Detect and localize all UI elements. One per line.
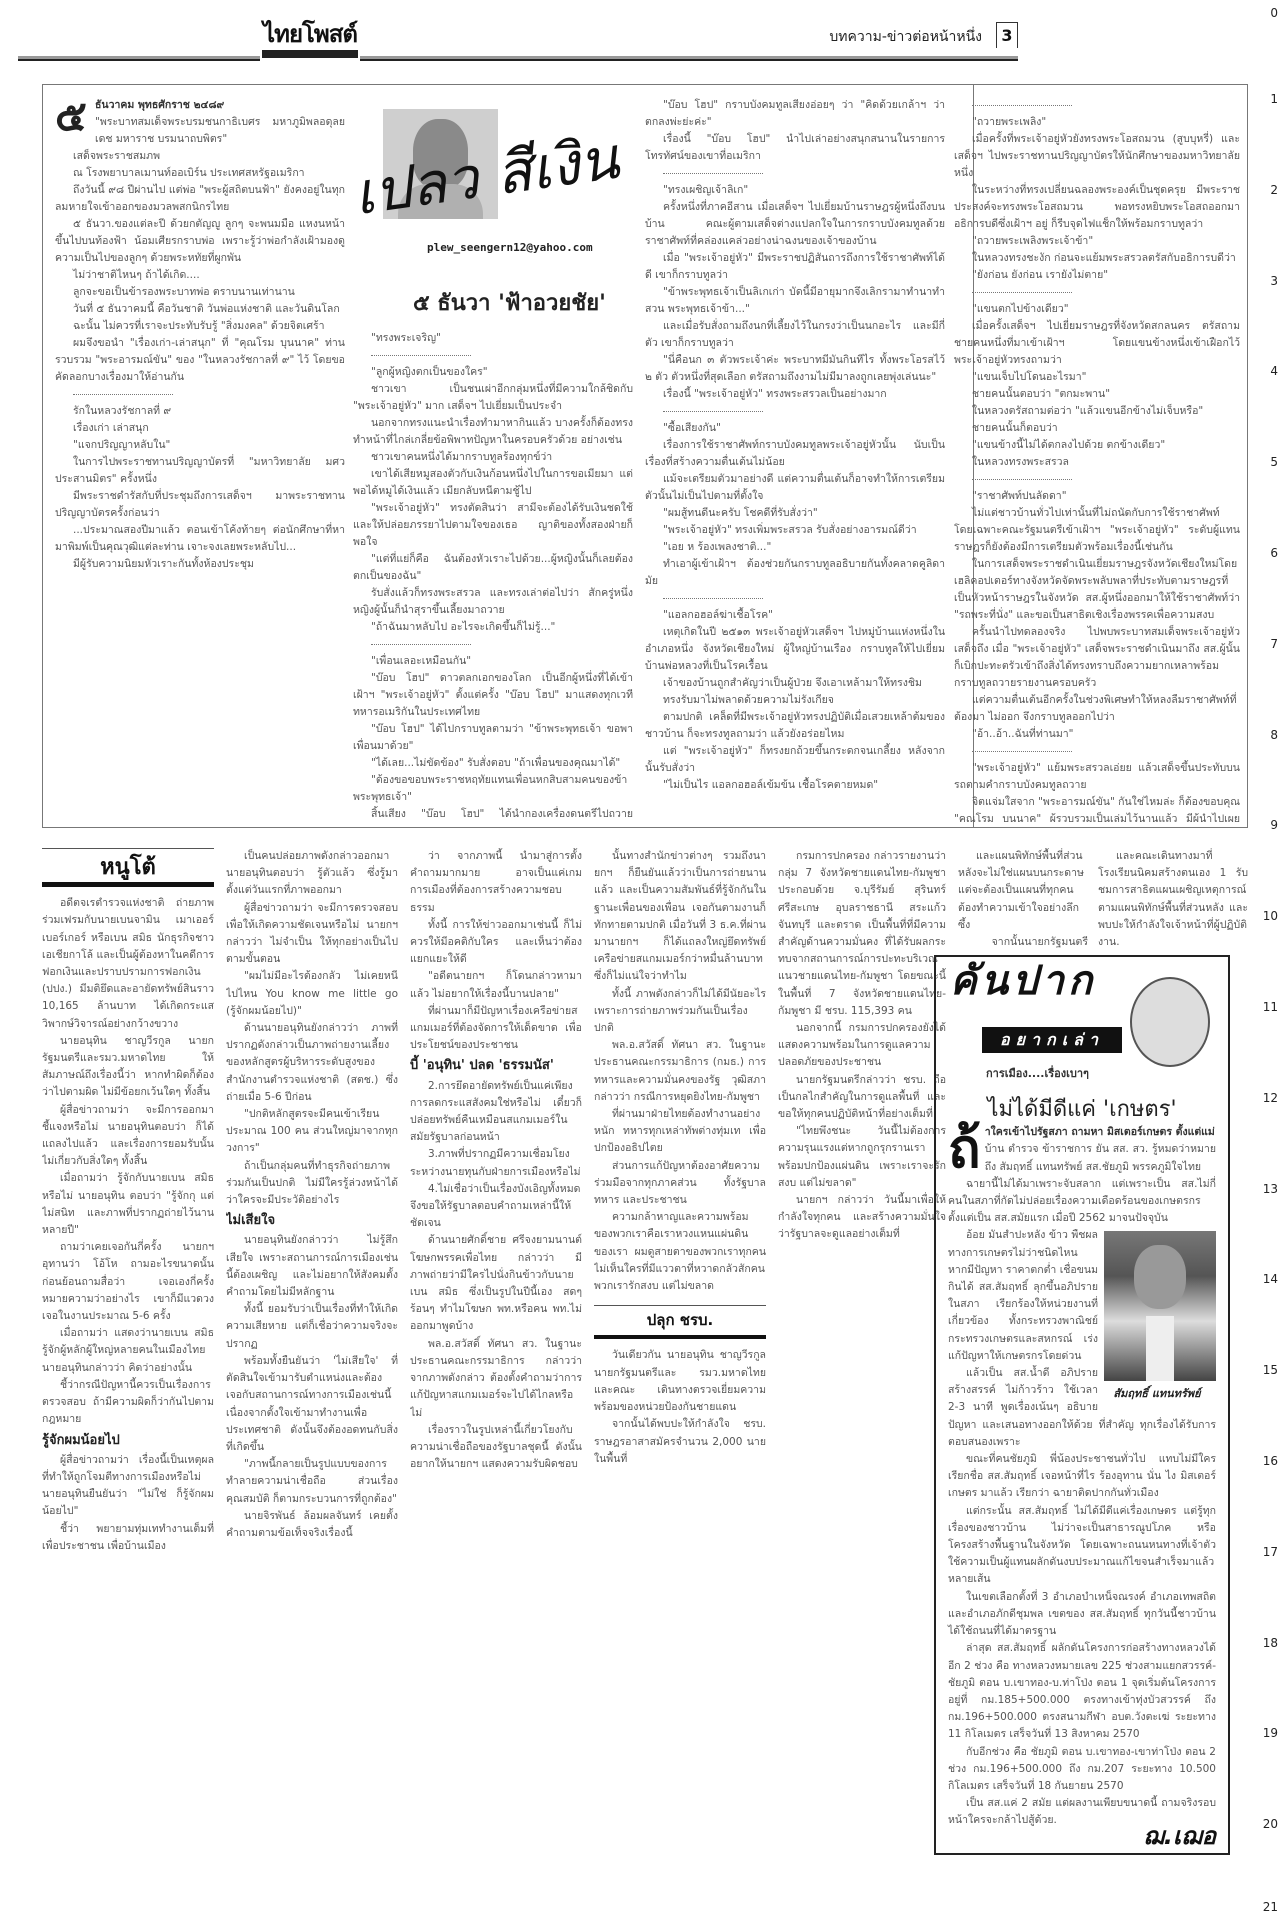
paragraph: พร้อมทั้งยืนยันว่า 'ไม่เสียใจ' ที่ตัดสิน…: [226, 1353, 398, 1456]
divider: [73, 394, 173, 395]
divider: [972, 105, 1072, 106]
feature-column-4: "ถวายพระเพลิง" เมื่อครั้งที่พระเจ้าอยู่ห…: [954, 97, 1240, 822]
column-c: ว่า จากภาพนี้ นำมาสู่การตั้งคำถามมากมาย …: [410, 848, 582, 1908]
paragraph: ในการเสด็จพระราชดำเนินเยี่ยมราษฎรจังหวัด…: [954, 556, 1240, 624]
paragraph: เป็นคนปล่อยภาพดังกล่าวออกมา นายอนุทินตอบ…: [226, 848, 398, 900]
ruler-mark: 7: [1270, 637, 1278, 651]
paragraph: อดีตจเรตำรวจแห่งชาติ ถ่ายภาพร่วมเฟรมกับน…: [42, 895, 214, 1033]
paragraph: "ไทยพึงชนะ วันนี้ไม่ต้องการความรุนแรงแต่…: [778, 1123, 946, 1192]
ruler-mark: 21: [1263, 1900, 1278, 1914]
gossip-headline: ไม่ได้มีดีแค่ 'เกษตร': [948, 1101, 1216, 1118]
divider: [663, 411, 763, 412]
paragraph: เสด็จพระราชสมภพ: [55, 148, 345, 165]
paragraph: "พระบาทสมเด็จพระบรมชนกาธิเบศร มหาภูมิพลอ…: [95, 114, 345, 148]
ruler-mark: 11: [1263, 1000, 1278, 1014]
paragraph: ถ้าเป็นกลุ่มคนที่ทำธุรกิจถ่ายภาพร่วมกันเ…: [226, 1158, 398, 1210]
paragraph: เมื่อครั้งเสด็จฯ ไปเยี่ยมราษฎรที่จังหวัด…: [954, 318, 1240, 369]
feature-article-box: ๕ ธันวาคม พุทธศักราช ๒๔๘๙ "พระบาทสมเด็จพ…: [42, 84, 974, 828]
logo-underbar: [262, 50, 358, 58]
column-nuto: หนูโต้ อดีตจเรตำรวจแห่งชาติ ถ่ายภาพร่วมเ…: [42, 848, 214, 1908]
paragraph: "ทรงเผชิญเจ้าลิเก": [645, 182, 945, 199]
paragraph: "อ้า..อ้า..ฉันที่ท่านมา": [954, 726, 1240, 743]
paragraph: ตามปกติ เคล็ดที่มีพระเจ้าอยู่หัวทรงปฏิบั…: [645, 709, 945, 743]
gossip-column-box: คันปาก อยากเล่า การเมือง....เรื่องเบาๆ ไ…: [934, 955, 1230, 1855]
paragraph: ว่า จากภาพนี้ นำมาสู่การตั้งคำถามมากมาย …: [410, 848, 582, 917]
paragraph: ในระหว่างที่ทรงเปลี่ยนฉลองพระองค์เป็นชุด…: [954, 182, 1240, 233]
page-ruler: 0 1 2 3 4 5 6 7 8 9 10 11 12 13 14 15 16…: [1258, 0, 1278, 1920]
paragraph: รับสั่งแล้วก็ทรงพระสรวล และทรงเล่าต่อไปว…: [353, 585, 633, 619]
paragraph: "เอย ห ร้องเพลงชาติ...": [645, 539, 945, 556]
ruler-mark: 14: [1263, 1272, 1278, 1286]
dateline: ๕ ธันวาคม พุทธศักราช ๒๔๘๙ "พระบาทสมเด็จพ…: [55, 97, 345, 148]
paragraph: "ถวายพระเพลิงพระเจ้าข้า": [954, 233, 1240, 250]
ruler-mark: 9: [1270, 818, 1278, 832]
paragraph: ครั้นนำไปทดลองจริง ไปพบพระบาทสมเด็จพระเจ…: [954, 624, 1240, 692]
gossip-logo: คันปาก อยากเล่า การเมือง....เรื่องเบาๆ: [948, 967, 1216, 1097]
paragraph: ณ โรงพยาบาลเมานท์ออเบิร์น ประเทศสหรัฐอเม…: [55, 165, 345, 182]
paragraph: สิ้นเสียง "บ๊อบ โฮป" ได้นำกองเครื่องดนตร…: [353, 806, 633, 820]
paragraph: วันที่ ๕ ธันวาคมนี้ คือวันชาติ วันพ่อแห่…: [55, 301, 345, 318]
feature-column-3: "บ๊อบ โฮป" กราบบังคมทูลเสียงอ่อยๆ ว่า "ค…: [645, 97, 945, 822]
paragraph: ในหลวงทรงพระสรวล: [954, 454, 1240, 471]
paragraph: "ไม่เป็นไร แอลกอฮอล์เข้มข้น เชื้อโรคตายห…: [645, 777, 945, 794]
ruler-mark: 15: [1263, 1363, 1278, 1377]
paragraph: เรื่องการใช้ราชาศัพท์กราบบังคมทูลพระเจ้า…: [645, 437, 945, 471]
paragraph: ทั้งนี้ ภาพดังกล่าวก็ไม่ได้มีนัยอะไร เพร…: [594, 986, 766, 1038]
paragraph: "บ๊อบ โฮป" ได้ไปกราบทูลตามว่า "ข้าพระพุท…: [353, 721, 633, 755]
paragraph: กับอีกช่วง คือ ชัยภูมิ ตอน บ.เขาทอง-เขาท…: [948, 1744, 1216, 1796]
paragraph: พล.อ.สวัสดิ์ ทัศนา สว. ในฐานะประธานคณะกร…: [410, 1336, 582, 1422]
paragraph: ในการไปพระราชทานปริญญาบัตรที่ "มหาวิทยาล…: [55, 454, 345, 488]
paragraph: เรื่องนี้ "บ๊อบ โฮป" นำไปเล่าอย่างสนุกสน…: [645, 131, 945, 165]
paragraph: ทรงรับมาไม่พลาดด้วยความไม่รังเกียจ: [645, 692, 945, 709]
paragraph: "ถวายพระเพลิง": [954, 114, 1240, 131]
paragraph: เรื่องราวในรูปเหล่านี้เกี่ยวโยงกับความน่…: [410, 1422, 582, 1474]
paragraph: ในเขตเลือกตั้งที่ 3 อำเภอบำเหน็จณรงค์ อำ…: [948, 1589, 1216, 1641]
ruler-mark: 19: [1263, 1726, 1278, 1740]
feature-column-1: ๕ ธันวาคม พุทธศักราช ๒๔๘๙ "พระบาทสมเด็จพ…: [55, 97, 345, 822]
subheading: รู้จักผมน้อยไป: [42, 1432, 214, 1449]
ruler-mark: 1: [1270, 92, 1278, 106]
columnist-header: เปลว สีเงิน plew_seengern12@yahoo.com: [353, 89, 633, 279]
paragraph: ความกล้าหาญและความพร้อมของพวกเราคือเราหว…: [594, 1209, 766, 1295]
paragraph: "ลูกผู้หญิงตกเป็นของใคร": [353, 364, 633, 381]
gossip-lead: าใครเข้าไปรัฐสภา ถามหา มิสเตอร์เกษตร ตั้…: [948, 1124, 1216, 1141]
divider: [972, 751, 1072, 752]
paragraph: 3.ภาพที่ปรากฏมีความเชื่อมโยงระหว่างนายทุ…: [410, 1146, 582, 1180]
paragraph: แต่กระนั้น สส.สัมฤทธิ์ ไม่ได้มีดีแค่เรื่…: [948, 1503, 1216, 1589]
divider: [663, 598, 763, 599]
paragraph: นายอนุทิน ชาญวีรกูล นายกรัฐมนตรีและรมว.ม…: [42, 1033, 214, 1102]
paragraph: "เพื่อนเลอะเหมือนกัน": [353, 653, 633, 670]
section-label: บทความ-ข่าวต่อหน้าหนึ่ง: [829, 26, 982, 48]
photo-shirt: [1146, 1316, 1174, 1381]
paragraph: เหตุเกิดในปี ๒๕๑๓ พระเจ้าอยู่หัวเสด็จฯ ไ…: [645, 624, 945, 675]
divider: [663, 173, 763, 174]
ruler-mark: 12: [1263, 1091, 1278, 1105]
paragraph: "ผมสู้ทนดีนะครับ โชคดีที่รับสั่งว่า": [645, 505, 945, 522]
paragraph: ทั้งนี้ ยอมรับว่าเป็นเรื่องที่ทำให้เกิดค…: [226, 1301, 398, 1353]
paragraph: ล่าสุด สส.สัมฤทธิ์ ผลักดันโครงการก่อสร้า…: [948, 1640, 1216, 1743]
paragraph: ในหลวงทรงชะงัก ก่อนจะแย้มพระสรวลตรัสกับอ…: [954, 250, 1240, 267]
paragraph: แต่ "พระเจ้าอยู่หัว" ก็ทรงยกถ้วยขึ้นกระด…: [645, 743, 945, 777]
paragraph: เจ้าของบ้านถูกสำคัญว่าเป็นผู้ป่วย จึงเอา…: [645, 675, 945, 692]
column-b: เป็นคนปล่อยภาพดังกล่าวออกมา นายอนุทินตอบ…: [226, 848, 398, 1908]
paragraph: รักในหลวงรัชกาลที่ ๙: [55, 403, 345, 420]
newspaper-logo: ไทยโพสต์: [260, 20, 360, 62]
paragraph: เรื่องนี้ "พระเจ้าอยู่หัว" ทรงพระสรวลเป็…: [645, 386, 945, 403]
paragraph: ไม่แต่ชาวบ้านทั่วไปเท่านั้นที่ไม่ถนัดกับ…: [954, 505, 1240, 556]
paragraph: และเมื่อรับสั่งถามถึงนกที่เลี้ยงไว้ในกรง…: [645, 318, 945, 352]
paragraph: ถามว่าเคยเจอกันกี่ครั้ง นายกฯ อุทานว่า โ…: [42, 1239, 214, 1325]
divider: [972, 292, 1072, 293]
paragraph: เมื่อถามว่า แสดงว่านายเบน สมิธ รู้จักผู้…: [42, 1325, 214, 1377]
paragraph: ผู้สื่อข่าวถามว่า จะมีการออกมาชี้แจงหรือ…: [42, 1102, 214, 1171]
subheading: บี้ 'อนุทิน' ปลด 'ธรรมนัส': [410, 1057, 582, 1074]
paragraph: นายกฯ กล่าวว่า วันนี้มาเพื่อให้กำลังใจทุ…: [778, 1192, 946, 1244]
ruler-mark: 10: [1263, 909, 1278, 923]
paragraph: ด้านนายอนุทินยังกล่าวว่า ภาพที่ปรากฏดังก…: [226, 1020, 398, 1106]
paragraph: "แขนเจ็บไปโดนอะไรมา": [954, 369, 1240, 386]
paragraph: ลูกจะขอเป็นข้ารองพระบาทพ่อ ตราบนานเท่านา…: [55, 284, 345, 301]
paragraph: "แขนตกไปข้างเดียว": [954, 301, 1240, 318]
paragraph: "นี่คือนก ๓ ตัวพระเจ้าค่ะ พระบาทมีมันกิน…: [645, 352, 945, 386]
paragraph: ...ประมาณสองปีมาแล้ว ตอนเข้าโค้งท้ายๆ ต่…: [55, 522, 345, 556]
paragraph: เรื่องเก่า เล่าสนุก: [55, 420, 345, 437]
paragraph: "ยังก่อน ยังก่อน เรายังไม่ตาย": [954, 267, 1240, 284]
columnist-email[interactable]: plew_seengern12@yahoo.com: [427, 241, 593, 254]
column-e: กรมการปกครอง กล่าวรายงานว่า กลุ่ม 7 จังห…: [778, 848, 946, 1908]
section-heading: ปลุก ชรบ.: [594, 1305, 766, 1339]
paragraph: ที่ผ่านมาก็มีปัญหาเรื่องเครือข่ายสแกมเมอ…: [410, 1003, 582, 1055]
paragraph: "ถ้าฉันมาหลับไป อะไรจะเกิดขึ้นก็ไม่รู้..…: [353, 619, 633, 636]
dropcap: ๕: [55, 97, 87, 137]
paragraph: จากนั้นนายกรัฐมนตรี: [958, 934, 1088, 948]
paragraph: ส่วนการแก้ปัญหาต้องอาศัยความร่วมมือจากทุ…: [594, 1158, 766, 1210]
paragraph: และคณะเดินทางมาที่โรงเรียนนิคมสร้างตนเอง…: [1098, 848, 1248, 948]
ruler-mark: 20: [1263, 1817, 1278, 1831]
ruler-mark: 2: [1270, 183, 1278, 197]
paragraph: ชี้ว่า พยายามทุ่มเททำงานเต็มที่ เพื่อประ…: [42, 1521, 214, 1555]
paragraph: นายอนุทินยังกล่าวว่า ไม่รู้สึกเสียใจ เพร…: [226, 1232, 398, 1301]
column-d: นั้นทางสำนักข่าวต่างๆ รวมถึงนายกฯ ก็ยืนย…: [594, 848, 766, 1908]
paragraph: นอกจากทรงแนะนำเรื่องทำมาหากินแล้ว บางครั…: [353, 415, 633, 449]
gossip-logo-main: คันปาก: [950, 973, 1096, 990]
paragraph: "พระเจ้าอยู่หัว" ทรงตัดสินว่า สามีจะต้อง…: [353, 500, 633, 551]
ruler-mark: 17: [1263, 1545, 1278, 1559]
paragraph: ด้านนายศักดิ์ชาย ศรีจงยามนานต์ โฆษกพรรคเ…: [410, 1232, 582, 1335]
ruler-mark: 5: [1270, 455, 1278, 469]
column-f-right: และคณะเดินทางมาที่โรงเรียนนิคมสร้างตนเอง…: [1098, 848, 1248, 948]
paragraph: วันเดียวกัน นายอนุทิน ชาญวีรกูล นายกรัฐม…: [594, 1347, 766, 1416]
masthead-rule: [18, 56, 1018, 61]
paragraph: แม้จะเตรียมตัวมาอย่างดี แต่ความตื่นเต้นก…: [645, 471, 945, 505]
paragraph: ผู้สื่อข่าวถามว่า เรื่องนี้เป็นเหตุผลที่…: [42, 1452, 214, 1521]
paragraph: "ต้องขอขอบพระราชหฤทัยแทนเพื่อนหกสิบสามคน…: [353, 772, 633, 806]
paragraph: ผมจึงขอนำ "เรื่องเก่า-เล่าสนุก" ที่ "คุณ…: [55, 335, 345, 386]
paragraph: นั้นทางสำนักข่าวต่างๆ รวมถึงนายกฯ ก็ยืนย…: [594, 848, 766, 986]
divider: [371, 355, 471, 356]
paragraph: เมื่อ "พระเจ้าอยู่หัว" มีพระราชปฏิสันถาร…: [645, 250, 945, 284]
paragraph: "แจกปริญญาหลับใน": [55, 437, 345, 454]
paragraph: "ทรงพระเจริญ": [353, 330, 633, 347]
paragraph: กรมการปกครอง กล่าวรายงานว่า กลุ่ม 7 จังห…: [778, 848, 946, 1020]
paragraph: ทำเอาผู้เข้าเฝ้าฯ ต้องช่วยกันกราบทูลอธิบ…: [645, 556, 945, 590]
paragraph: มีพระราชดำรัสกับที่ประชุมถึงการเสด็จฯ มา…: [55, 488, 345, 522]
photo-head: [1134, 1245, 1186, 1309]
paragraph: "แต่ที่แย่ก็คือ ฉันต้องหัวเราะไปด้วย...ผ…: [353, 551, 633, 585]
paragraph: นอกจากนี้ กรมการปกครองยังได้แสดงความพร้อ…: [778, 1020, 946, 1072]
page-number: 3: [996, 22, 1018, 48]
paragraph: เมื่อถามว่า รู้จักกับนายเบน สมิธ หรือไม่…: [42, 1170, 214, 1239]
cartoon-mascot-icon: [1130, 977, 1210, 1067]
paragraph: เขาได้เสียหมูสองตัวกับเงินก้อนหนึ่งไปในก…: [353, 466, 633, 500]
paragraph: "พระเจ้าอยู่หัว" ทรงเพิ่มพระสรวล รับสั่ง…: [645, 522, 945, 539]
paragraph: ไม่ว่าชาติไหนๆ ถ้าได้เกิด....: [55, 267, 345, 284]
ruler-mark: 8: [1270, 728, 1278, 742]
paragraph: "บ๊อบ โฮป" กราบบังคมทูลเสียงอ่อยๆ ว่า "ค…: [645, 97, 945, 131]
paragraph: ชายคนนั้นตอบว่า "ตกมะพาน": [954, 386, 1240, 403]
gossip-logo-bar: อยากเล่า: [982, 1027, 1122, 1053]
column-f-left: และแผนพิทักษ์พื้นที่ส่วนหลังจะไม่ใช่แผนบ…: [958, 848, 1088, 948]
paragraph: "อดีตนายกฯ ก็โดนกล่าวหามาแล้ว ไม่อยากให้…: [410, 968, 582, 1002]
feature-headline: ๕ ธันวา 'ฟ้าอวยชัย': [413, 285, 606, 320]
mp-photo: [1104, 1231, 1216, 1381]
paragraph: "ได้เลย...ไม่ขัดข้อง" รับสั่งตอบ "ถ้าเพื…: [353, 755, 633, 772]
paragraph: "ราชาศัพท์ปนลัดดา": [954, 488, 1240, 505]
masthead: ไทยโพสต์ บทความ-ข่าวต่อหน้าหนึ่ง 3: [18, 20, 1018, 62]
photo-caption: สัมฤทธิ์ แทนทรัพย์: [1098, 1385, 1216, 1402]
newspaper-page: ไทยโพสต์ บทความ-ข่าวต่อหน้าหนึ่ง 3 0 1 2…: [0, 0, 1286, 1920]
feature-column-2: "ทรงพระเจริญ" "ลูกผู้หญิงตกเป็นของใคร" ช…: [353, 330, 633, 820]
paragraph: ที่ผ่านมาฝ่ายไทยต้องทำงานอย่างหนัก ทหารท…: [594, 1106, 766, 1158]
paragraph: "แขนข้างนี้ไม่ได้ตกลงไปด้วย ตกข้างเดียว": [954, 437, 1240, 454]
logo-text: ไทยโพสต์: [260, 20, 360, 50]
paragraph: ชาวเขาคนหนึ่งได้มากราบทูลร้องทุกข์ว่า: [353, 449, 633, 466]
ruler-mark: 13: [1263, 1182, 1278, 1196]
ruler-mark: 6: [1270, 546, 1278, 560]
paragraph: และแผนพิทักษ์พื้นที่ส่วนหลังจะไม่ใช่แผนบ…: [958, 848, 1088, 934]
gossip-dropcap: ถ้: [948, 1124, 981, 1174]
divider: [371, 644, 471, 645]
gossip-byline: ฌ.เฌอ: [1143, 1828, 1216, 1845]
ruler-mark: 0: [1270, 6, 1278, 20]
paragraph: "บ๊อบ โฮป" ดาวตลกเอกของโลก เป็นอีกผู้หนึ…: [353, 670, 633, 721]
paragraph: ทั้งนี้ การให้ข่าวออกมาเช่นนี้ ก็ไม่ควรใ…: [410, 917, 582, 969]
ruler-mark: 4: [1270, 364, 1278, 378]
paragraph: ถึงวันนี้ ๙๘ ปีผ่านไป แต่พ่อ "พระผู้สถิต…: [55, 182, 345, 216]
paragraph: ขณะที่คนชัยภูมิ พี่น้องประชาชนทั่วไป แทบ…: [948, 1451, 1216, 1503]
paragraph: พล.อ.สวัสดิ์ ทัศนา สว. ในฐานะประธานคณะกร…: [594, 1037, 766, 1106]
paragraph: 2.การยึดอายัดทรัพย์เป็นแค่เพียงการลดกระแ…: [410, 1078, 582, 1147]
paragraph: นายกรัฐมนตรีกล่าวว่า ชรบ. ถือเป็นกลไกสำค…: [778, 1072, 946, 1124]
paragraph: "แอลกอฮอล์ฆ่าเชื้อโรค": [645, 607, 945, 624]
paragraph: ชี้ว่ากรณีปัญหานี้ควรเป็นเรื่องการตรวจสอ…: [42, 1377, 214, 1429]
subheading: ไม่เสียใจ: [226, 1212, 398, 1229]
paragraph: ชายคนนั้นก็ตอบว่า: [954, 420, 1240, 437]
column-title: หนูโต้: [42, 848, 214, 887]
paragraph: ฉะนั้น ไม่ควรที่เราจะประทับรับรู้ "สิ่งม…: [55, 318, 345, 335]
paragraph: แต่ความตื่นเต้นอีกครั้งในช่วงพิเศษทำให้ห…: [954, 692, 1240, 726]
paragraph: ครั้งหนึ่งที่ภาคอีสาน เมื่อเสด็จฯ ไปเยี่…: [645, 199, 945, 250]
paragraph: บ้าน ตำรวจ ข้าราชการ ยัน สส. สว. รู้หมดว…: [948, 1141, 1216, 1175]
paragraph: นายจิรพันธ์ ล้อมผลจันทร์ เคยตั้งคำถามตาม…: [226, 1508, 398, 1542]
divider: [972, 479, 1072, 480]
paragraph: มีผู้รับความนิยมหัวเราะกันทั้งห้องประชุม: [55, 556, 345, 573]
paragraph: "ซื้อเสียงกัน": [645, 420, 945, 437]
paragraph: เมื่อครั้งที่พระเจ้าอยู่หัวยังทรงพระโอสถ…: [954, 131, 1240, 182]
paragraph: ผู้สื่อข่าวถามว่า จะมีการตรวจสอบเพื่อให้…: [226, 900, 398, 969]
paragraph: "ผมไม่มีอะไรต้องกลัว ไม่เคยหนีไปไหน You …: [226, 968, 398, 1020]
paragraph: จากนั้นได้พบปะให้กำลังใจ ชรบ. ราษฎรอาสาส…: [594, 1416, 766, 1468]
paragraph: ชาวเขา เป็นชนเผ่าอีกกลุ่มหนึ่งที่มีความใ…: [353, 381, 633, 415]
paragraph: "ภาพนี้กลายเป็นรูปแบบของการทำลายความน่าเ…: [226, 1456, 398, 1508]
paragraph: จิตแจ่มใสจาก "พระอารมณ์ขัน" กันใช่ไหมล่ะ…: [954, 794, 1240, 822]
paragraph: ๕ ธันวา.ของแต่ละปี ด้วยกตัญญู ลูกๆ จะพนม…: [55, 216, 345, 267]
paragraph: ในหลวงตรัสถามต่อว่า "แล้วแขนอีกข้างไม่เจ…: [954, 403, 1240, 420]
paragraph: "ปกติหลักสูตรจะมีคนเข้าเรียนประมาณ 100 ค…: [226, 1106, 398, 1158]
gossip-logo-tagline: การเมือง....เรื่องเบาๆ: [986, 1065, 1089, 1082]
paragraph: ฉายานี้ไม่ได้มาเพราะจับสลาก แต่เพราะเป็น…: [948, 1176, 1216, 1228]
paragraph: "พระเจ้าอยู่หัว" แย้มพระสรวลเอ่ยย แล้วเส…: [954, 760, 1240, 794]
paragraph: "ข้าพระพุทธเจ้าเป็นลิเกเก่า บัดนี้มีอายุ…: [645, 284, 945, 318]
feature-article-box-right: "ถวายพระเพลิง" เมื่อครั้งที่พระเจ้าอยู่ห…: [944, 84, 1248, 828]
date-line: ธันวาคม พุทธศักราช ๒๔๘๙: [95, 97, 345, 114]
ruler-mark: 16: [1263, 1454, 1278, 1468]
ruler-mark: 3: [1270, 274, 1278, 288]
ruler-mark: 18: [1263, 1636, 1278, 1650]
paragraph: 4.ไม่เชื่อว่าเป็นเรื่องบังเอิญทั้งหมด จึ…: [410, 1181, 582, 1233]
